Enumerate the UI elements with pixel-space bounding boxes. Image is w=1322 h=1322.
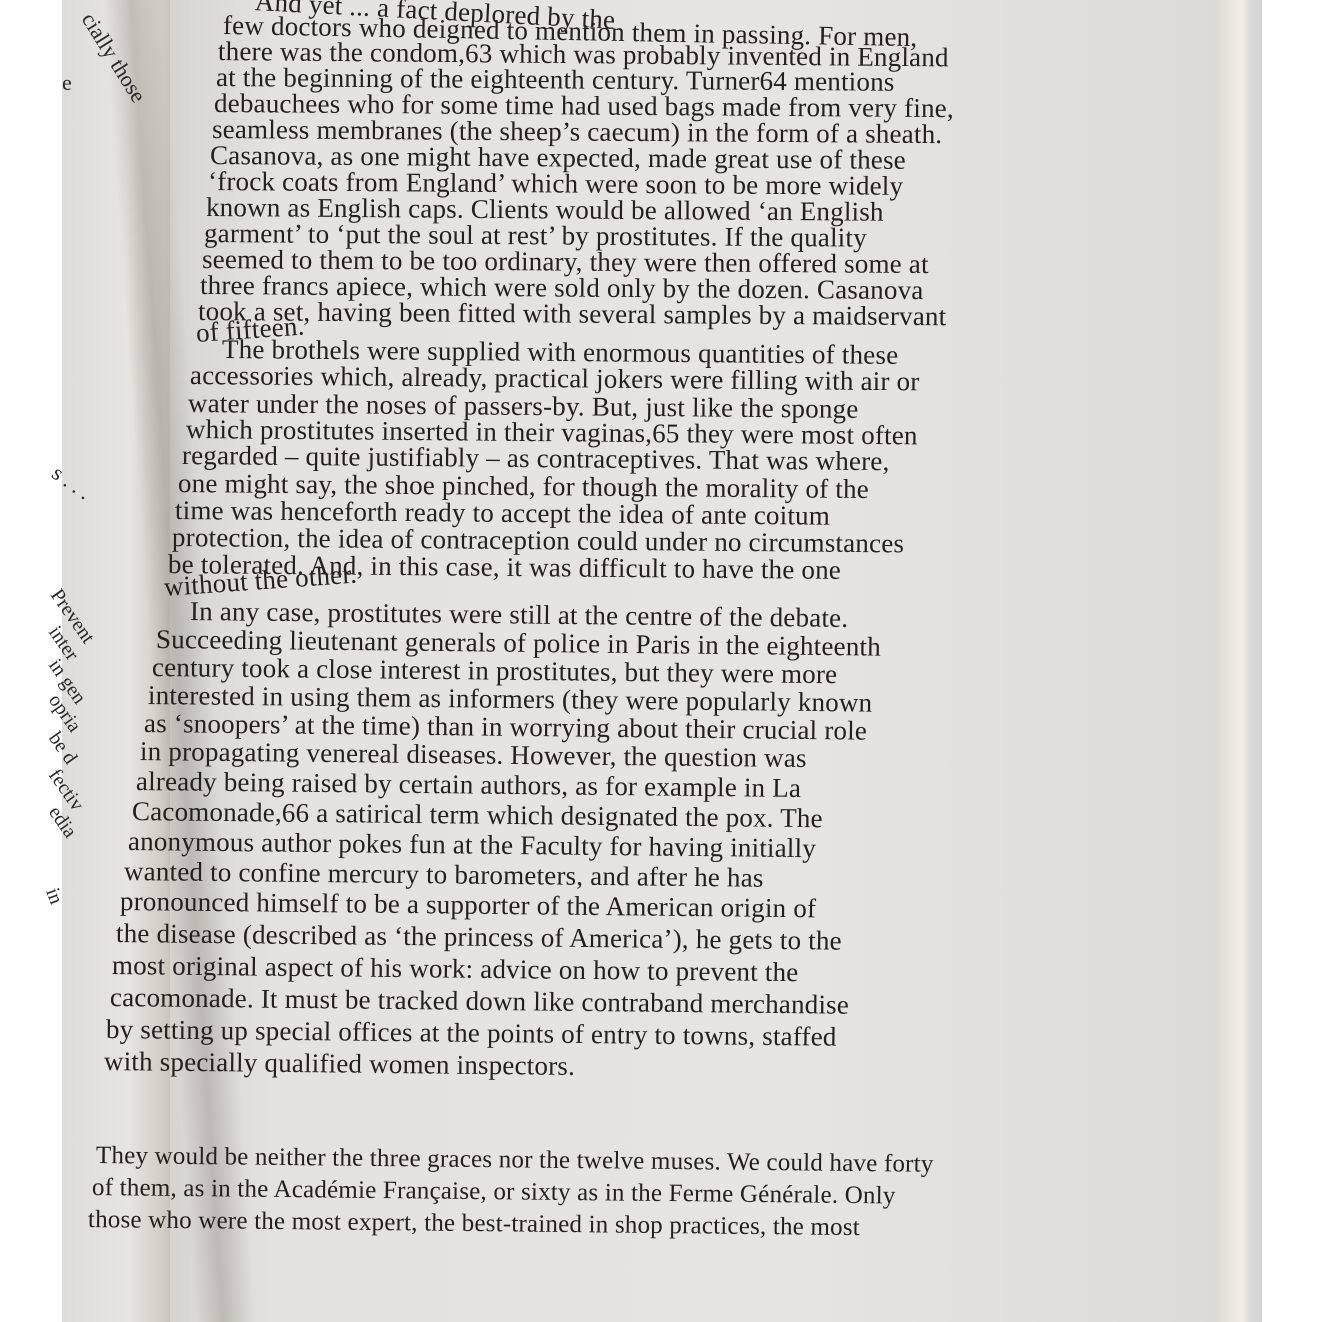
quote-line: of them, as in the Académie Française, o… (92, 1174, 896, 1210)
quote-line: They would be neither the three graces n… (96, 1142, 934, 1179)
quote-line: those who were the most expert, the best… (88, 1206, 860, 1242)
text-line: with specially qualified women inspector… (104, 1046, 575, 1082)
text-line: took a set, having been fitted with seve… (198, 296, 947, 332)
main-text: And yet ... a fact deplored by the few d… (0, 0, 1322, 1322)
